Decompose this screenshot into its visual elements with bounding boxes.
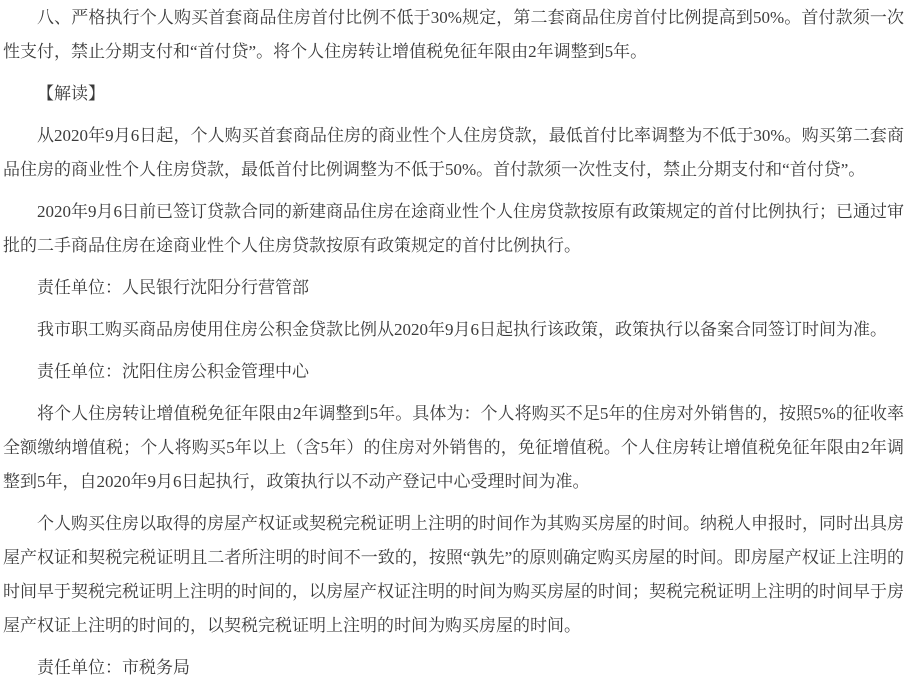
interpretation-paragraph-purchase-time: 个人购买住房以取得的房屋产权证或契税完税证明上注明的时间作为其购买房屋的时间。纳…	[3, 507, 904, 643]
interpretation-paragraph-housing-fund: 我市职工购买商品房使用住房公积金贷款比例从2020年9月6日起执行该政策，政策执…	[3, 313, 904, 347]
responsible-unit-housing-fund-line: 责任单位：沈阳住房公积金管理中心	[3, 355, 904, 389]
responsible-unit-pboc-line: 责任单位：人民银行沈阳分行营管部	[3, 271, 904, 305]
document-page: 八、严格执行个人购买首套商品住房首付比例不低于30%规定，第二套商品住房首付比例…	[0, 0, 908, 682]
policy-clause-paragraph: 八、严格执行个人购买首套商品住房首付比例不低于30%规定，第二套商品住房首付比例…	[3, 1, 904, 69]
interpretation-paragraph-vat-exemption: 将个人住房转让增值税免征年限由2年调整到5年。具体为：个人将购买不足5年的住房对…	[3, 397, 904, 499]
responsible-unit-tax-bureau-line: 责任单位：市税务局	[3, 651, 904, 682]
interpretation-paragraph-existing-loans: 2020年9月6日前已签订贷款合同的新建商品住房在途商业性个人住房贷款按原有政策…	[3, 195, 904, 263]
interpretation-heading: 【解读】	[3, 77, 904, 111]
interpretation-paragraph-downpayment: 从2020年9月6日起，个人购买首套商品住房的商业性个人住房贷款，最低首付比率调…	[3, 119, 904, 187]
